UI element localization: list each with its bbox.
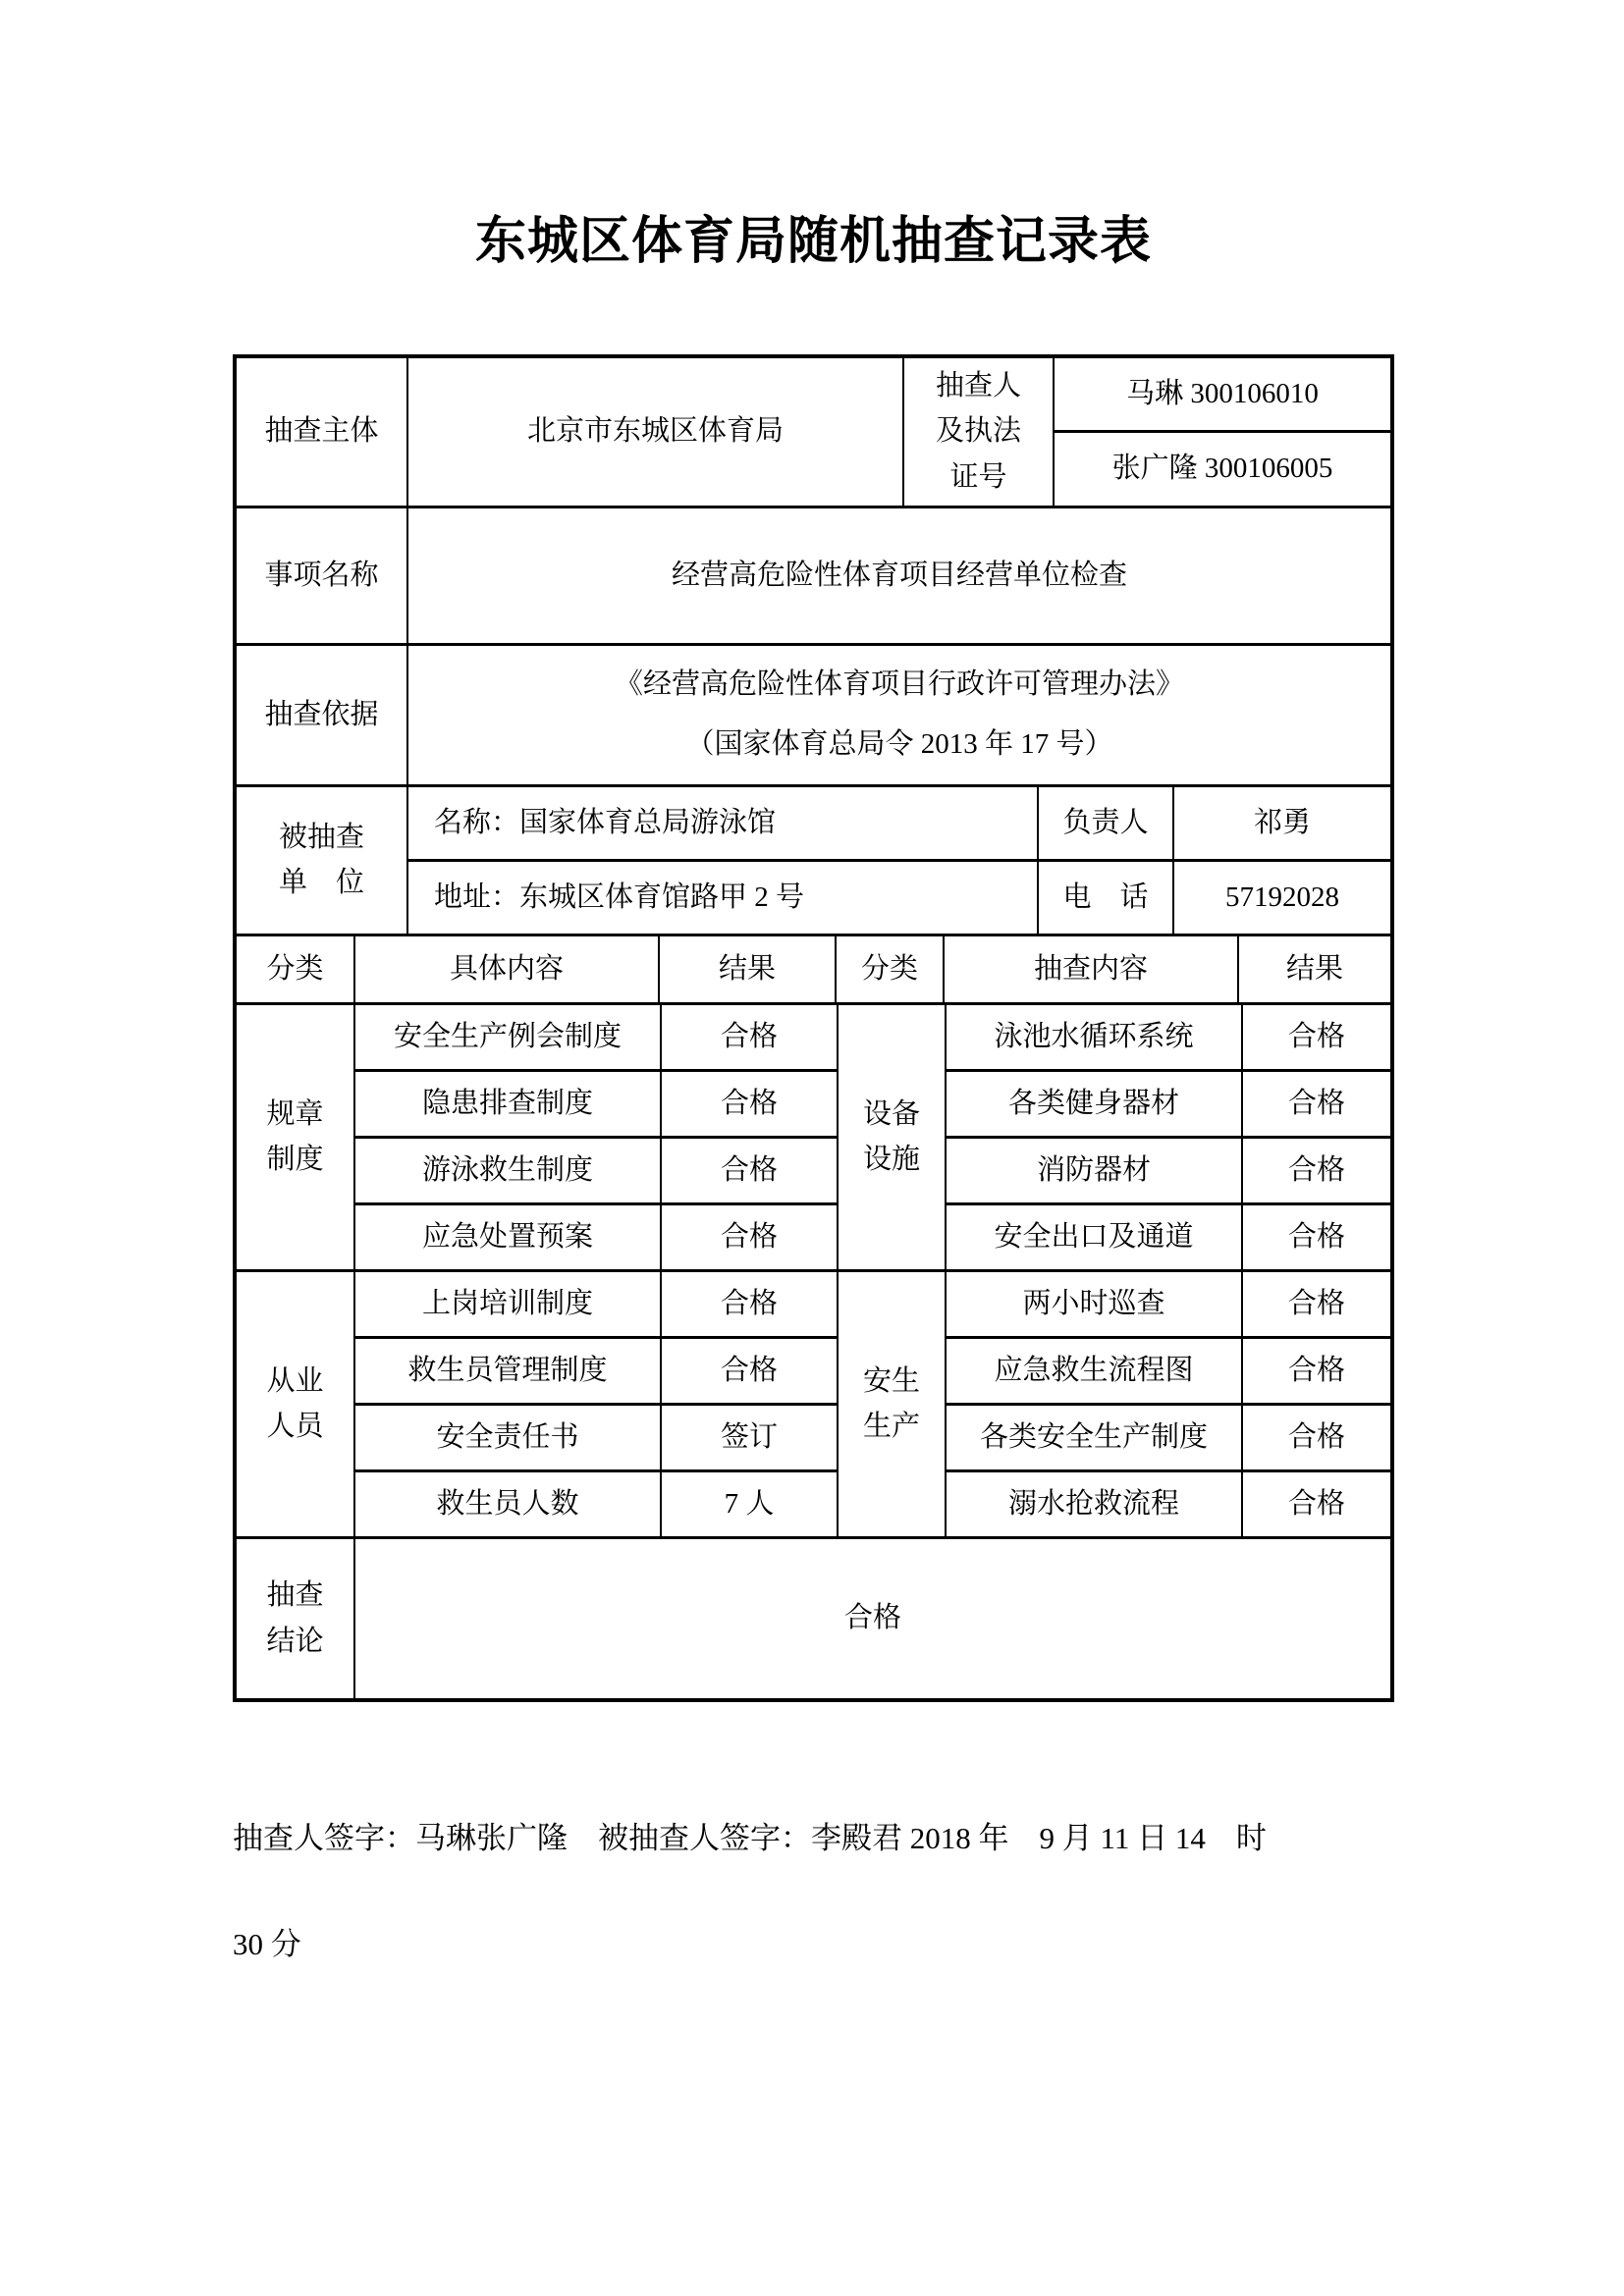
- check-row: 救生员人数 7 人: [355, 1469, 837, 1536]
- content-cell: 各类健身器材: [947, 1072, 1241, 1136]
- check-row: 泳池水循环系统 合格: [947, 1005, 1390, 1069]
- unit-label-cell: 被抽查 单 位: [237, 787, 406, 934]
- inspector-id-values: 马琳 300106010 张广隆 300106005: [1053, 358, 1390, 506]
- basis-value-cell: 《经营高危险性体育项目行政许可管理办法》 （国家体育总局令 2013 年 17 …: [406, 646, 1390, 784]
- category-cell-rules: 规章 制度: [237, 1005, 353, 1269]
- manager-label-cell: 负责人: [1037, 787, 1172, 859]
- check-row: 应急救生流程图 合格: [947, 1336, 1390, 1403]
- item-label-cell: 事项名称: [237, 508, 406, 643]
- check-row: 救生员管理制度 合格: [355, 1336, 837, 1403]
- check-row: 各类健身器材 合格: [947, 1069, 1390, 1136]
- signature-line-2: 30 分: [233, 1918, 1394, 1971]
- content-cell: 安全出口及通道: [947, 1205, 1241, 1269]
- check-row: 各类安全生产制度 合格: [947, 1403, 1390, 1469]
- header-cell-category-left: 分类: [237, 936, 353, 1002]
- check-row: 消防器材 合格: [947, 1136, 1390, 1202]
- unit-name-cell: 名称：国家体育总局游泳馆: [408, 787, 1037, 859]
- content-cell: 安全责任书: [355, 1406, 660, 1469]
- result-cell: 合格: [1241, 1272, 1390, 1336]
- result-cell: 合格: [1241, 1005, 1390, 1069]
- result-cell: 合格: [660, 1272, 837, 1336]
- unit-details: 名称：国家体育总局游泳馆 负责人 祁勇 地址：东城区体育馆路甲 2 号 电 话 …: [406, 787, 1390, 934]
- check-row: 溺水抢救流程 合格: [947, 1469, 1390, 1536]
- header-cell-content-right: 抽查内容: [943, 936, 1237, 1002]
- content-cell: 泳池水循环系统: [947, 1005, 1241, 1069]
- check-row: 隐患排查制度 合格: [355, 1069, 837, 1136]
- result-cell: 合格: [660, 1005, 837, 1069]
- section1-left-rows: 安全生产例会制度 合格 隐患排查制度 合格 游泳救生制度 合格 应急处置预案 合…: [353, 1005, 837, 1269]
- section1-right-rows: 泳池水循环系统 合格 各类健身器材 合格 消防器材 合格 安全出口及通道 合格: [945, 1005, 1390, 1269]
- result-cell: 合格: [1241, 1205, 1390, 1269]
- result-cell: 签订: [660, 1406, 837, 1469]
- section2-left-rows: 上岗培训制度 合格 救生员管理制度 合格 安全责任书 签订 救生员人数 7 人: [353, 1272, 837, 1536]
- phone-label-cell: 电 话: [1037, 862, 1172, 934]
- signature-footer: 抽查人签字：马琳张广隆 被抽查人签字：李殿君 2018 年 9 月 11 日 1…: [233, 1759, 1394, 2025]
- document-page: 东城区体育局随机抽查记录表 抽查主体 北京市东城区体育局 抽查人 及执法 证号 …: [233, 0, 1394, 2025]
- category-cell-equipment: 设备 设施: [837, 1005, 945, 1269]
- inspector-row: 马琳 300106010: [1055, 358, 1390, 431]
- subject-label-cell: 抽查主体: [237, 358, 406, 506]
- result-cell: 合格: [1241, 1472, 1390, 1536]
- content-cell: 游泳救生制度: [355, 1139, 660, 1202]
- item-value-cell: 经营高危险性体育项目经营单位检查: [406, 508, 1390, 643]
- check-row: 安全出口及通道 合格: [947, 1202, 1390, 1269]
- result-cell: 合格: [1241, 1139, 1390, 1202]
- header-cell-category-right: 分类: [835, 936, 943, 1002]
- row-subject: 抽查主体 北京市东城区体育局 抽查人 及执法 证号 马琳 300106010 张…: [237, 358, 1390, 506]
- check-row: 安全责任书 签订: [355, 1403, 837, 1469]
- content-cell: 安全生产例会制度: [355, 1005, 660, 1069]
- content-cell: 上岗培训制度: [355, 1272, 660, 1336]
- result-cell: 合格: [660, 1072, 837, 1136]
- section2-right-rows: 两小时巡查 合格 应急救生流程图 合格 各类安全生产制度 合格 溺水抢救流程 合…: [945, 1272, 1390, 1536]
- content-cell: 救生员人数: [355, 1472, 660, 1536]
- content-cell: 隐患排查制度: [355, 1072, 660, 1136]
- check-row: 游泳救生制度 合格: [355, 1136, 837, 1202]
- page-title: 东城区体育局随机抽查记录表: [233, 209, 1394, 276]
- conclusion-label-cell: 抽查 结论: [237, 1539, 353, 1698]
- grid-header-row: 分类 具体内容 结果 分类 抽查内容 结果: [237, 934, 1390, 1002]
- result-cell: 合格: [1241, 1406, 1390, 1469]
- content-cell: 消防器材: [947, 1139, 1241, 1202]
- content-cell: 各类安全生产制度: [947, 1406, 1241, 1469]
- section-row-2: 从业 人员 上岗培训制度 合格 救生员管理制度 合格 安全责任书 签订 救生员人…: [237, 1269, 1390, 1536]
- section-row-1: 规章 制度 安全生产例会制度 合格 隐患排查制度 合格 游泳救生制度 合格 应急…: [237, 1002, 1390, 1269]
- inspector-id-value-2: 张广隆 300106005: [1055, 433, 1390, 506]
- header-cell-content-left: 具体内容: [353, 936, 658, 1002]
- row-item-name: 事项名称 经营高危险性体育项目经营单位检查: [237, 506, 1390, 643]
- unit-name-row: 名称：国家体育总局游泳馆 负责人 祁勇: [408, 787, 1390, 859]
- subject-value-cell: 北京市东城区体育局: [406, 358, 902, 506]
- result-cell: 合格: [660, 1339, 837, 1403]
- unit-address-cell: 地址：东城区体育馆路甲 2 号: [408, 862, 1037, 934]
- conclusion-value-cell: 合格: [353, 1539, 1390, 1698]
- category-cell-safety: 安生 生产: [837, 1272, 945, 1536]
- header-cell-result-left: 结果: [658, 936, 835, 1002]
- check-row: 两小时巡查 合格: [947, 1272, 1390, 1336]
- header-cell-result-right: 结果: [1237, 936, 1390, 1002]
- result-cell: 7 人: [660, 1472, 837, 1536]
- category-cell-staff: 从业 人员: [237, 1272, 353, 1536]
- manager-value-cell: 祁勇: [1172, 787, 1390, 859]
- result-cell: 合格: [1241, 1072, 1390, 1136]
- inspector-id-value-1: 马琳 300106010: [1055, 358, 1390, 431]
- unit-address-row: 地址：东城区体育馆路甲 2 号 电 话 57192028: [408, 859, 1390, 934]
- inspector-id-label-cell: 抽查人 及执法 证号: [902, 358, 1053, 506]
- result-cell: 合格: [660, 1139, 837, 1202]
- content-cell: 应急救生流程图: [947, 1339, 1241, 1403]
- content-cell: 溺水抢救流程: [947, 1472, 1241, 1536]
- check-row: 应急处置预案 合格: [355, 1202, 837, 1269]
- row-basis: 抽查依据 《经营高危险性体育项目行政许可管理办法》 （国家体育总局令 2013 …: [237, 643, 1390, 784]
- check-row: 上岗培训制度 合格: [355, 1272, 837, 1336]
- content-cell: 救生员管理制度: [355, 1339, 660, 1403]
- content-cell: 应急处置预案: [355, 1205, 660, 1269]
- inspector-row: 张广隆 300106005: [1055, 430, 1390, 506]
- result-cell: 合格: [1241, 1339, 1390, 1403]
- inspection-table: 抽查主体 北京市东城区体育局 抽查人 及执法 证号 马琳 300106010 张…: [233, 354, 1394, 1702]
- result-cell: 合格: [660, 1205, 837, 1269]
- signature-line-1: 抽查人签字：马琳张广隆 被抽查人签字：李殿君 2018 年 9 月 11 日 1…: [233, 1812, 1394, 1865]
- conclusion-row: 抽查 结论 合格: [237, 1536, 1390, 1698]
- content-cell: 两小时巡查: [947, 1272, 1241, 1336]
- phone-value-cell: 57192028: [1172, 862, 1390, 934]
- basis-label-cell: 抽查依据: [237, 646, 406, 784]
- row-inspected-unit: 被抽查 单 位 名称：国家体育总局游泳馆 负责人 祁勇 地址：东城区体育馆路甲 …: [237, 784, 1390, 934]
- check-row: 安全生产例会制度 合格: [355, 1005, 837, 1069]
